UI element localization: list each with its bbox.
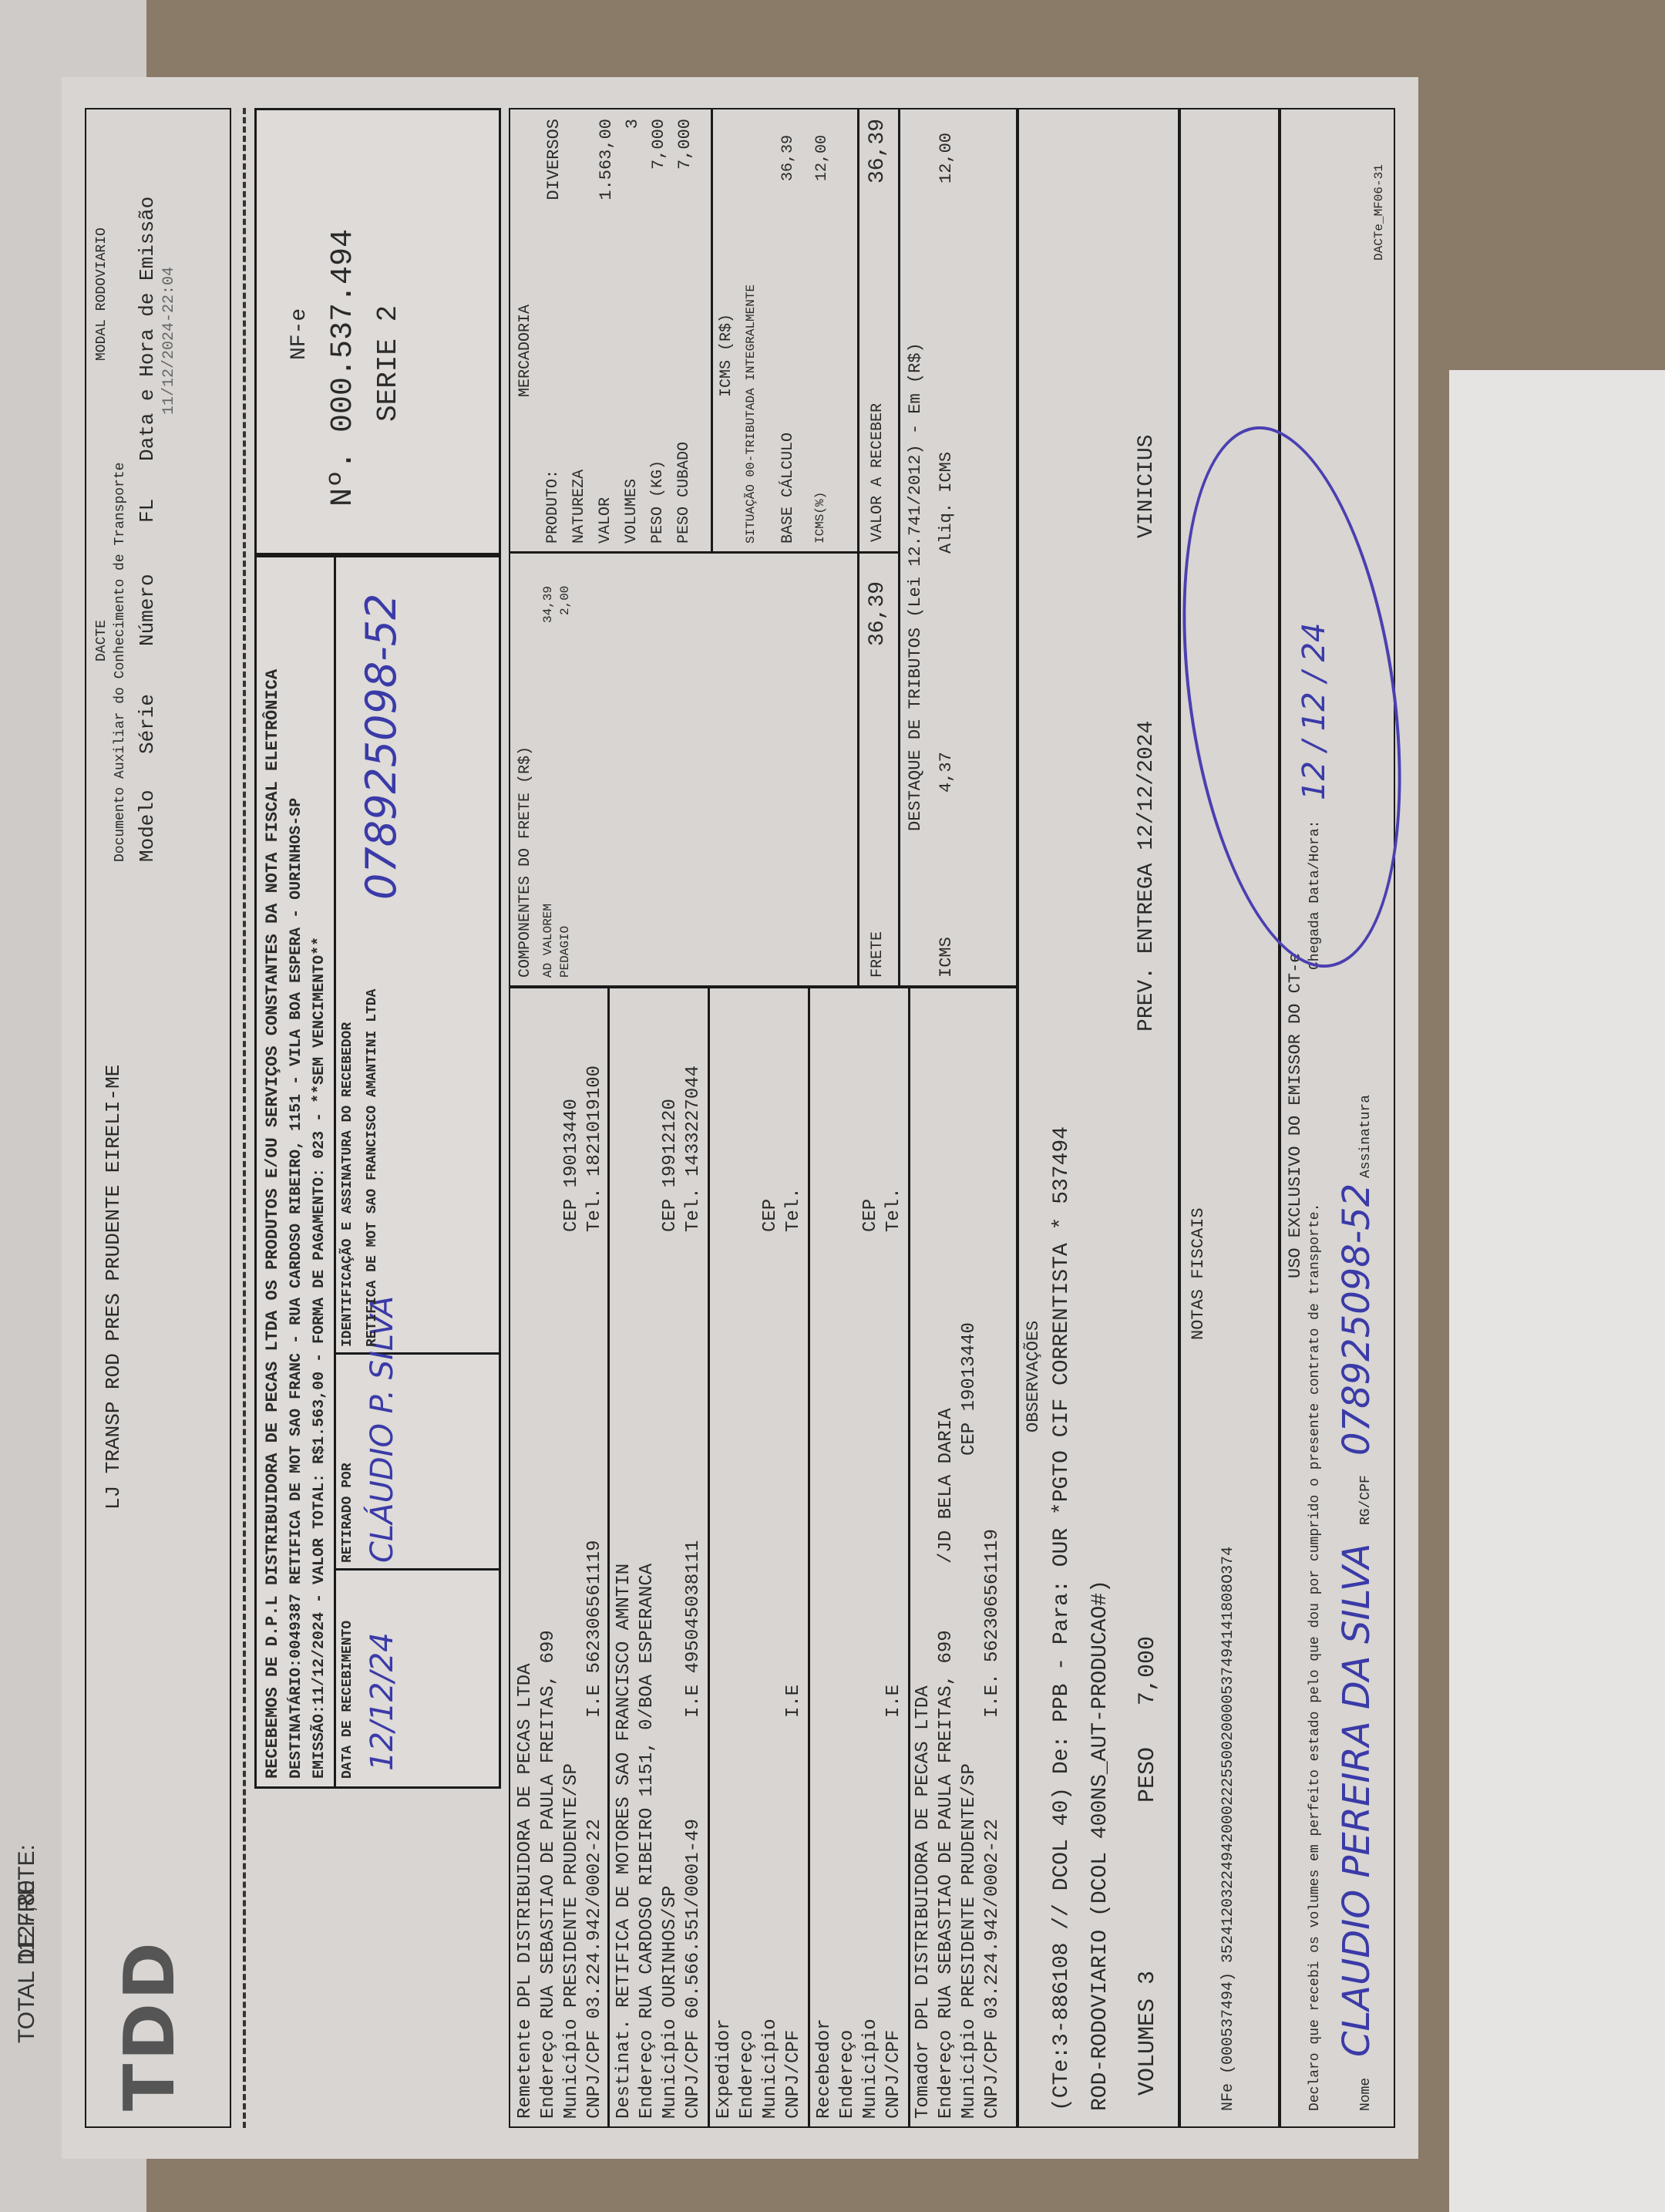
remetente-ie: 562306561119	[584, 1540, 605, 1674]
mercadoria-row-label: PESO (KG)	[649, 460, 667, 544]
componente-value: 34,39	[541, 586, 555, 623]
background-sheet-right	[1449, 370, 1665, 2212]
expedidor-ie-label: I.E	[783, 1685, 804, 1718]
nome-value[interactable]: CLAUDIO PEREIRA DA SILVA	[1335, 1544, 1378, 2057]
rg-label: RG/CPF	[1358, 1475, 1374, 1525]
mercadoria-row-label: PESO CUBADO	[675, 442, 693, 544]
rg-value[interactable]: 078925098-52	[1335, 1183, 1378, 1456]
canhoto-stub: RECEBEMOS DE D.P.L DISTRIBUIDORA DE PECA…	[254, 108, 501, 1789]
remetente-municipio-label: Município	[561, 2018, 582, 2119]
destinatario-label: Destinat.	[614, 2018, 634, 2119]
col-serie: Série	[136, 694, 159, 754]
destinatario-tel: 1433227044	[683, 1066, 704, 1177]
remetente-municipio: PRESIDENTE PRUDENTE/SP	[561, 1763, 582, 2008]
componente-value: 2,00	[558, 586, 572, 615]
destinatario-endereco: RUA CARDOSO RIBEIRO 1151, 0/BOA ESPERANC…	[637, 1564, 658, 2019]
recebedor-tel-label: Tel.	[883, 1187, 904, 1232]
destinatario-ie: 495045038111	[683, 1540, 704, 1674]
data-recebimento-label: DATA DE RECEBIMENTO	[340, 1621, 355, 1779]
nfe-label: NF-e	[288, 308, 311, 360]
col-data-emissao: Data e Hora de Emissão	[136, 197, 159, 461]
componente-label: AD VALOREM	[541, 904, 555, 978]
componente-label: PEDAGIO	[558, 926, 572, 978]
values-section: COMPONENTES DO FRETE (R$) AD VALOREM 34,…	[509, 108, 1017, 987]
totais-row: FRETE 36,39 VALOR A RECEBER 36,39	[857, 109, 900, 985]
tomador-municipio-label: Município	[959, 2018, 980, 2119]
canhoto-box: RECEBEMOS DE D.P.L DISTRIBUIDORA DE PECA…	[254, 555, 501, 1789]
retirado-por-label: RETIRADO POR	[340, 1463, 355, 1563]
col-modelo: Modelo	[136, 790, 159, 862]
expedidor-municipio-label: Município	[760, 2018, 781, 2119]
form-code: DACTe_MF06-31	[1372, 164, 1386, 261]
mercadoria-row-value: 7,000	[675, 119, 695, 170]
mercadoria-row-value: 7,000	[649, 119, 668, 170]
data-emissao-value: 11/12/2024-22:04	[160, 267, 178, 415]
icms-aliq-label: ICMS(%)	[813, 492, 827, 544]
mercadoria-row-value: 1.563,00	[597, 119, 616, 200]
remetente-label: Remetente	[515, 2018, 536, 2119]
col-fl: FL	[136, 499, 159, 523]
aliq-icms-label: Aliq. ICMS	[937, 452, 956, 554]
dacte-title: DACTE	[94, 620, 109, 662]
mercadoria-title: MERCADORIA	[516, 305, 534, 397]
icms-base-value: 36,39	[779, 135, 797, 181]
mercadoria-row-label: NATUREZA	[570, 470, 588, 544]
remetente-ie-label: I.E	[584, 1685, 605, 1718]
uso-exclusivo: USO EXCLUSIVO DO EMISSOR DO CT-e	[1286, 953, 1305, 1278]
modal-label: MODAL RODOVIARIO	[94, 227, 109, 361]
expedidor-cep-label: CEP	[760, 1199, 781, 1232]
footer-section: USO EXCLUSIVO DO EMISSOR DO CT-e Declaro…	[1280, 108, 1395, 2128]
vendedor: VINICIUS	[1135, 435, 1159, 538]
recebedor-municipio-label: Município	[860, 2018, 881, 2119]
remetente-tel-label: Tel.	[584, 1187, 605, 1232]
recebedor-ie-label: I.E	[883, 1685, 904, 1718]
identificacao-label: IDENTIFICAÇÃO E ASSINATURA DO RECEBEDOR	[340, 1022, 355, 1347]
valor-receber-label: VALOR A RECEBER	[869, 403, 886, 542]
tomador-bairro: /JD BELA DARIA	[936, 1408, 957, 1564]
identificacao-handwritten[interactable]: 078925098-52	[357, 594, 405, 900]
recebedor-endereco-label: Endereço	[837, 2030, 858, 2119]
destinatario-municipio-label: Município	[660, 2018, 681, 2119]
destinatario-municipio: OURINHOS/SP	[660, 1886, 681, 2008]
frete-value: 36,39	[866, 581, 890, 646]
volumes-value: 3	[1135, 1971, 1161, 1985]
tomador-cnpj-label: CNPJ/CPF	[982, 2030, 1003, 2119]
componentes-block: COMPONENTES DO FRETE (R$) AD VALOREM 34,…	[510, 551, 857, 985]
valor-receber-value: 36,39	[866, 119, 890, 183]
notas-fiscais-title: NOTAS FISCAIS	[1189, 1207, 1208, 1340]
tomador-ie-label: I.E.	[982, 1673, 1003, 1718]
identificacao-value: RETIFICA DE MOT SAO FRANCISCO AMANTINI L…	[365, 989, 380, 1347]
destinatario-cep: 19912120	[660, 1099, 681, 1187]
remetente-endereco: RUA SEBASTIAO DE PAULA FREITAS, 699	[538, 1630, 559, 2018]
header-box: TDD LJ TRANSP ROD PRES PRUDENTE EIRELI-M…	[85, 108, 231, 2128]
tomador-cep-label: CEP	[959, 1422, 980, 1456]
observacoes-line2: ROD-RODOVIARIO (DCOL 400NS_AUT-PRODUCAO#…	[1088, 1580, 1112, 2111]
col-numero: Número	[136, 574, 159, 646]
observacoes-line1: (CTe:3-886108 // DCOL 40) De: PPB - Para…	[1050, 1126, 1074, 2111]
icms-base-label: BASE CÁLCULO	[779, 433, 797, 544]
icms-block: ICMS (R$) SITUAÇÃO 00-TRIBUTADA INTEGRAL…	[713, 108, 857, 551]
tomador-name: DPL DISTRIBUIDORA DE PECAS LTDA	[913, 1685, 933, 2029]
prev-entrega-value: 12/12/2024	[1135, 721, 1159, 850]
tomador-endereco-label: Endereço	[936, 2030, 957, 2119]
recebedor-cep-label: CEP	[860, 1199, 881, 1232]
remetente-cnpj-label: CNPJ/CPF	[584, 2030, 605, 2119]
data-recebimento-value[interactable]: 12/12/24	[365, 1632, 400, 1771]
tomador-endereco: RUA SEBASTIAO DE PAULA FREITAS, 699	[936, 1630, 957, 2018]
observacoes-title: OBSERVAÇÕES	[1024, 1321, 1043, 1433]
mercadoria-row-label: VALOR	[597, 497, 614, 544]
canhoto-line3: EMISSÃO:11/12/2024 - VALOR TOTAL: R$1.56…	[311, 937, 328, 1779]
canhoto-line1: RECEBEMOS DE D.P.L DISTRIBUIDORA DE PECA…	[263, 669, 282, 1779]
remetente-cep: 19013440	[561, 1099, 582, 1187]
canhoto-line2: DESTINATÁRIO:0049387 RETIFICA DE MOT SAO…	[288, 798, 305, 1779]
componentes-title: COMPONENTES DO FRETE (R$)	[516, 746, 534, 978]
mercadoria-row-label: VOLUMES	[623, 479, 641, 544]
tomador-municipio: PRESIDENTE PRUDENTE/SP	[959, 1763, 980, 2008]
destinatario-endereco-label: Endereço	[637, 2030, 658, 2119]
recebedor-cnpj-label: CNPJ/CPF	[883, 2030, 904, 2119]
peso-value: 7,000	[1135, 1636, 1161, 1705]
remetente-endereco-label: Endereço	[538, 2030, 559, 2119]
observacoes-section: OBSERVAÇÕES (CTe:3-886108 // DCOL 40) De…	[1017, 108, 1179, 2128]
destinatario-cep-label: CEP	[660, 1199, 681, 1232]
tomador-cep: 19013440	[959, 1322, 980, 1411]
prev-entrega-label: PREV. ENTREGA	[1135, 864, 1159, 1032]
parties-section: Remetente DPL DISTRIBUIDORA DE PECAS LTD…	[509, 987, 1017, 2128]
recebedor-label: Recebedor	[814, 2018, 835, 2119]
mercadoria-block: MERCADORIA PRODUTO:DIVERSOSNATUREZAVALOR…	[510, 108, 713, 551]
tomador-ie: 562306561119	[982, 1529, 1003, 1662]
notas-fiscais-line: NFe (000537494) 352412032249420002225500…	[1219, 1547, 1237, 2111]
destaque-label: DESTAQUE DE TRIBUTOS (Lei 12.741/2012) -…	[906, 342, 925, 831]
expedidor-label: Expedidor	[714, 2018, 735, 2119]
remetente-tel: 1821019100	[584, 1066, 605, 1177]
remetente-cep-label: CEP	[561, 1199, 582, 1232]
mercadoria-row-label: PRODUTO:	[544, 470, 562, 544]
expedidor-endereco-label: Endereço	[737, 2030, 758, 2119]
expedidor-tel-label: Tel.	[783, 1187, 804, 1232]
peso-label: PESO	[1135, 1747, 1161, 1803]
destinatario-ie-label: I.E	[683, 1685, 704, 1718]
expedidor-cnpj-label: CNPJ/CPF	[783, 2030, 804, 2119]
icms-aliq-value: 12,00	[813, 135, 831, 181]
total-frete-value: 1127,80	[14, 1880, 40, 1962]
icms-label: ICMS	[937, 937, 956, 978]
nfe-number: Nº. 000.537.494	[326, 229, 361, 507]
destinatario-tel-label: Tel.	[683, 1187, 704, 1232]
icms-situacao: SITUAÇÃO 00-TRIBUTADA INTEGRALMENTE	[744, 284, 758, 544]
dacte-document: TDD LJ TRANSP ROD PRES PRUDENTE EIRELI-M…	[62, 77, 1418, 2159]
destinatario-name: RETIFICA DE MOTORES SAO FRANCISCO AMNTIN	[614, 1564, 634, 2008]
icms-value: 4,37	[937, 752, 956, 793]
destinatario-cnpj: 60.566.551/0001-49	[683, 1819, 704, 2018]
dacte-subtitle: Documento Auxiliar do Conhecimento de Tr…	[113, 463, 128, 862]
nome-label: Nome	[1358, 2078, 1374, 2111]
icms-title: ICMS (R$)	[718, 314, 735, 397]
company-logo: TDD	[109, 1939, 190, 2111]
declaracao: Declaro que recebi os volumes em perfeit…	[1307, 1204, 1323, 2111]
aliq-icms-value: 12,00	[937, 133, 956, 183]
nfe-serie: SERIE 2	[372, 305, 404, 422]
assinatura-label: Assinatura	[1358, 1095, 1374, 1178]
destinatario-cnpj-label: CNPJ/CPF	[683, 2030, 704, 2119]
company-name: LJ TRANSP ROD PRES PRUDENTE EIRELI-ME	[102, 1065, 125, 1510]
nfe-box: NF-e Nº. 000.537.494 SERIE 2	[254, 108, 501, 555]
volumes-label: VOLUMES	[1135, 1998, 1161, 2096]
mercadoria-row-value: DIVERSOS	[544, 119, 563, 200]
remetente-name: DPL DISTRIBUIDORA DE PECAS LTDA	[515, 1663, 536, 2007]
remetente-cnpj: 03.224.942/0002-22	[584, 1819, 605, 2018]
tomador-cnpj: 03.224.942/0002-22	[982, 1819, 1003, 2018]
tomador-label: Tomador	[913, 2041, 933, 2119]
frete-label: FRETE	[869, 931, 886, 978]
tear-line	[243, 108, 246, 2128]
notas-fiscais-section: NOTAS FISCAIS NFe (000537494) 3524120322…	[1179, 108, 1280, 2128]
destaque-tributos: DESTAQUE DE TRIBUTOS (Lei 12.741/2012) -…	[898, 109, 975, 985]
mercadoria-row-value: 3	[623, 119, 642, 129]
